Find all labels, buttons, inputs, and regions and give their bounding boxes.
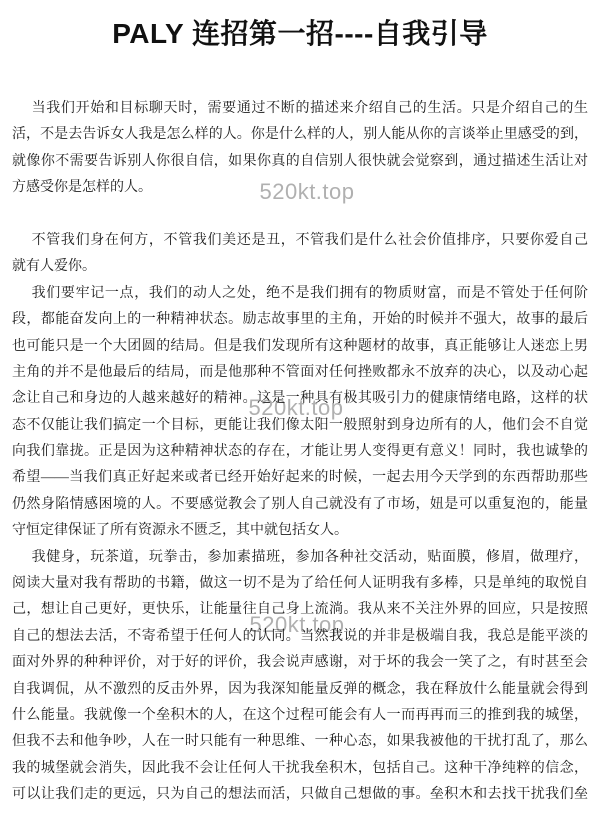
- text-line: 仍然身陷情感困境的人。不要感觉教会了别人自己就没有了市场，妞是可以重复泡的，能量: [12, 492, 588, 518]
- text-line: 阅读大量对我有帮助的书籍，做这一切不是为了给任何人证明我有多棒，只是单纯的取悦自: [12, 571, 588, 597]
- text-line: 自我调侃，从不激烈的反击外界，因为我深知能量反弹的概念，我在释放什么能量就会得到: [12, 677, 588, 703]
- text-line: 我健身，玩茶道，玩拳击，参加素描班，参加各种社交活动，贴面膜，修眉，做理疗，: [12, 545, 588, 571]
- text-line: 我的城堡就会消失，因此我不会让任何人干扰我垒积木，包括自己。这种干净纯粹的信念，: [12, 756, 588, 782]
- text-line: 己，想让自己更好，更快乐，让能量往自己身上流淌。我从来不关注外界的回应，只是按照: [12, 597, 588, 623]
- text-line: 态不仅能让我们搞定一个目标，更能让我们像太阳一般照射到身边所有的人，他们会不自觉: [12, 413, 588, 439]
- paragraph: 不管我们身在何方，不管我们美还是丑，不管我们是什么社会价值排序，只要你爱自己就有…: [12, 228, 588, 281]
- text-line: 我们要牢记一点，我们的动人之处，绝不是我们拥有的物质财富，而是不管处于任何阶: [12, 281, 588, 307]
- text-line: 面对外界的种种评价，对于好的评价，我会说声感谢，对于坏的我会一笑了之，有时甚至会: [12, 650, 588, 676]
- text-line: 向我们靠拢。正是因为这种精神状态的存在，才能让男人变得更有意义！同时，我也诚挚的: [12, 439, 588, 465]
- text-line: 活，不是去告诉女人我是怎么样的人。你是什么样的人，别人能从你的言谈举止里感受的到…: [12, 122, 588, 148]
- text-line: 段，都能奋发向上的一种精神状态。励志故事里的主角，开始的时候并不强大，故事的最后: [12, 307, 588, 333]
- text-line: 不管我们身在何方，不管我们美还是丑，不管我们是什么社会价值排序，只要你爱自己: [12, 228, 588, 254]
- text-line: 守恒定律保证了所有资源永不匮乏，其中就包括女人。: [12, 518, 588, 544]
- text-line: 方感受你是怎样的人。: [12, 175, 588, 201]
- text-line: 自己的想法去活，不寄希望于任何人的认同。当然我说的并非是极端自我，我总是能平淡的: [12, 624, 588, 650]
- text-line: 就像你不需要告诉别人你很自信，如果你真的自信别人很快就会觉察到，通过描述生活让对: [12, 149, 588, 175]
- text-line: 也可能只是一个大团圆的结局。但是我们发现所有这种题材的故事，真正能够让人迷恋上男: [12, 334, 588, 360]
- text-line: 但我不去和他争吵，人在一时只能有一种思维、一种心态，如果我被他的干扰打乱了，那么: [12, 729, 588, 755]
- text-line: 希望——当我们真正好起来或者已经开始好起来的时候，一起去用今天学到的东西帮助那些: [12, 465, 588, 491]
- text-line: 什么能量。我就像一个垒积木的人，在这个过程可能会有人一而再再而三的推到我的城堡，: [12, 703, 588, 729]
- document-body: 当我们开始和目标聊天时，需要通过不断的描述来介绍自己的生活。只是介绍自己的生活，…: [12, 96, 588, 809]
- text-line: 念让自己和身边的人越来越好的精神。这是一种具有极其吸引力的健康情绪电路，这样的状: [12, 386, 588, 412]
- paragraph: 我健身，玩茶道，玩拳击，参加素描班，参加各种社交活动，贴面膜，修眉，做理疗，阅读…: [12, 545, 588, 809]
- text-line: 当我们开始和目标聊天时，需要通过不断的描述来介绍自己的生活。只是介绍自己的生: [12, 96, 588, 122]
- document-page: 520kt.top 520kt.top 520kt.top PALY 连招第一招…: [0, 0, 600, 814]
- text-line: 可以让我们走的更远，只为自己的想法而活，只做自己想做的事。垒积木和去找干扰我们垒: [12, 782, 588, 808]
- paragraph: 我们要牢记一点，我们的动人之处，绝不是我们拥有的物质财富，而是不管处于任何阶段，…: [12, 281, 588, 545]
- text-line: 主角的并不是他最后的结局，而是他那种不管面对任何挫败都永不放弃的决心，以及动心起: [12, 360, 588, 386]
- text-line: 就有人爱你。: [12, 254, 588, 280]
- doc-title: PALY 连招第一招----自我引导: [0, 12, 600, 56]
- paragraph: 当我们开始和目标聊天时，需要通过不断的描述来介绍自己的生活。只是介绍自己的生活，…: [12, 96, 588, 202]
